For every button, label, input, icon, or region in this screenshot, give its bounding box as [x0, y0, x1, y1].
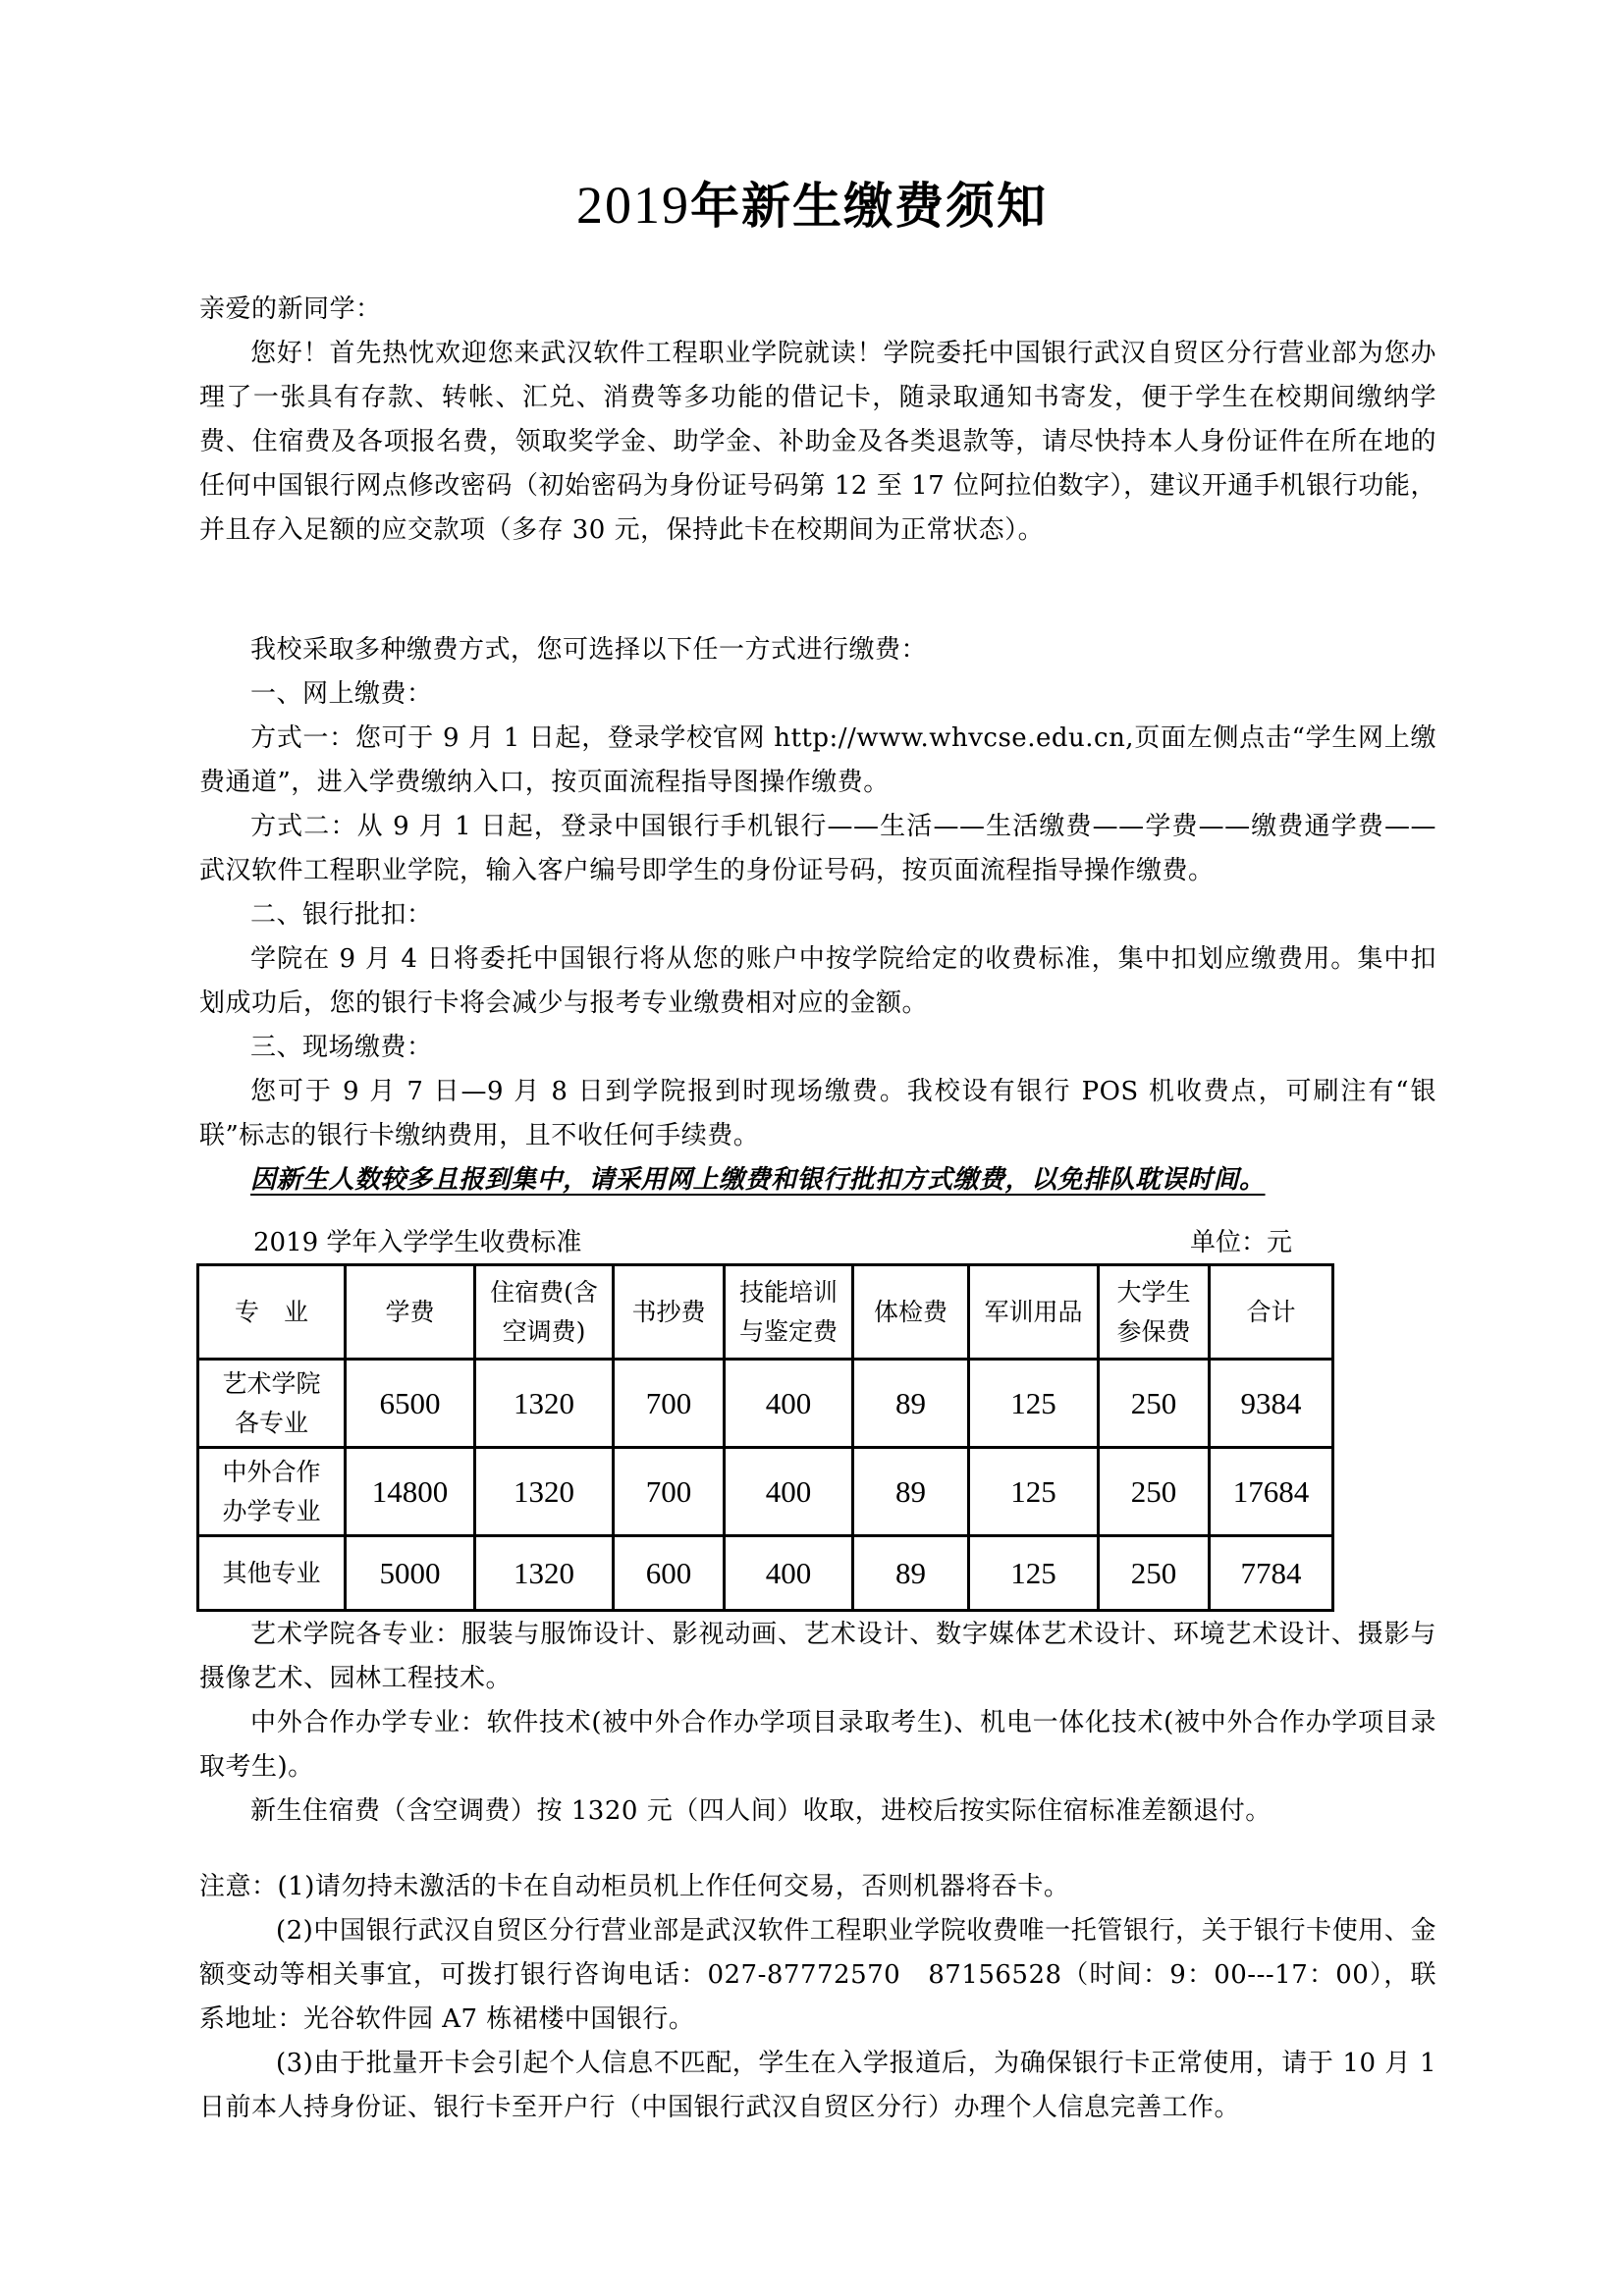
table-caption: 2019 学年入学学生收费标准: [253, 1222, 581, 1258]
title-year: 2019: [576, 176, 690, 235]
payment-methods: 我校采取多种缴费方式，您可选择以下任一方式进行缴费： 一、网上缴费： 方式一：您…: [199, 628, 1436, 1202]
attention-item-3: (3)由于批量开卡会引起个人信息不匹配，学生在入学报道后，为确保银行卡正常使用，…: [199, 2042, 1436, 2130]
cell-total: 17684: [1210, 1448, 1333, 1536]
table-header-row: 专 业 学费 住宿费(含空调费) 书抄费 技能培训与鉴定费 体检费 军训用品 大…: [198, 1265, 1333, 1360]
warning-text: 因新生人数较多且报到集中，请采用网上缴费和银行批扣方式缴费，以免排队耽误时间。: [250, 1165, 1266, 1195]
header-physical-exam: 体检费: [853, 1265, 969, 1360]
row-major: 艺术学院各专业: [198, 1360, 346, 1448]
table-row: 其他专业 5000 1320 600 400 89 125 250 7784: [198, 1536, 1333, 1611]
header-military-supplies: 军训用品: [969, 1265, 1099, 1360]
cell-physical-exam: 89: [853, 1360, 969, 1448]
letter-body: 亲爱的新同学： 您好！首先热忱欢迎您来武汉软件工程职业学院就读！学院委托中国银行…: [199, 288, 1436, 553]
cell-insurance: 250: [1099, 1536, 1210, 1611]
row-major: 其他专业: [198, 1536, 346, 1611]
row-major: 中外合作办学专业: [198, 1448, 346, 1536]
cell-total: 9384: [1210, 1360, 1333, 1448]
section-heading-onsite: 三、现场缴费：: [199, 1026, 1436, 1070]
cell-total: 7784: [1210, 1536, 1333, 1611]
online-method-2: 方式二：从 9 月 1 日起，登录中国银行手机银行——生活——生活缴费——学费—…: [199, 805, 1436, 893]
cell-books: 600: [614, 1536, 725, 1611]
cell-tuition: 6500: [346, 1360, 475, 1448]
note-art-majors: 艺术学院各专业：服装与服饰设计、影视动画、艺术设计、数字媒体艺术设计、环境艺术设…: [199, 1613, 1436, 1701]
cell-physical-exam: 89: [853, 1536, 969, 1611]
title-text: 年新生缴费须知: [690, 177, 1048, 235]
cell-accommodation: 1320: [475, 1360, 614, 1448]
cell-military-supplies: 125: [969, 1360, 1099, 1448]
cell-military-supplies: 125: [969, 1536, 1099, 1611]
document-page: 2019年新生缴费须知 亲爱的新同学： 您好！首先热忱欢迎您来武汉软件工程职业学…: [0, 0, 1624, 2296]
header-major: 专 业: [198, 1265, 346, 1360]
header-skill-training: 技能培训与鉴定费: [725, 1265, 853, 1360]
cell-skill-training: 400: [725, 1448, 853, 1536]
methods-intro: 我校采取多种缴费方式，您可选择以下任一方式进行缴费：: [199, 628, 1436, 672]
note-joint-programs: 中外合作办学专业：软件技术(被中外合作办学项目录取考生)、机电一体化技术(被中外…: [199, 1701, 1436, 1789]
online-method-1: 方式一：您可于 9 月 1 日起，登录学校官网 http://www.whvcs…: [199, 717, 1436, 805]
cell-insurance: 250: [1099, 1360, 1210, 1448]
cell-books: 700: [614, 1360, 725, 1448]
section-heading-online: 一、网上缴费：: [199, 672, 1436, 717]
header-accommodation: 住宿费(含空调费): [475, 1265, 614, 1360]
attention-item-1: 注意：(1)请勿持未激活的卡在自动柜员机上作任何交易，否则机器将吞卡。: [199, 1865, 1436, 1909]
header-total: 合计: [1210, 1265, 1333, 1360]
fee-table: 专 业 学费 住宿费(含空调费) 书抄费 技能培训与鉴定费 体检费 军训用品 大…: [196, 1263, 1334, 1612]
cell-accommodation: 1320: [475, 1448, 614, 1536]
greeting: 亲爱的新同学：: [199, 288, 1436, 332]
attention-item-2: (2)中国银行武汉自贸区分行营业部是武汉软件工程职业学院收费唯一托管银行，关于银…: [199, 1909, 1436, 2042]
header-tuition: 学费: [346, 1265, 475, 1360]
cell-accommodation: 1320: [475, 1536, 614, 1611]
table-unit: 单位：元: [1190, 1222, 1292, 1258]
note-accommodation: 新生住宿费（含空调费）按 1320 元（四人间）收取，进校后按实际住宿标准差额退…: [199, 1789, 1436, 1834]
table-notes: 艺术学院各专业：服装与服饰设计、影视动画、艺术设计、数字媒体艺术设计、环境艺术设…: [199, 1613, 1436, 1834]
header-books: 书抄费: [614, 1265, 725, 1360]
onsite-payment-text: 您可于 9 月 7 日—9 月 8 日到学院报到时现场缴费。我校设有银行 POS…: [199, 1070, 1436, 1158]
cell-skill-training: 400: [725, 1536, 853, 1611]
table-row: 中外合作办学专业 14800 1320 700 400 89 125 250 1…: [198, 1448, 1333, 1536]
attention-label: 注意：: [199, 1872, 278, 1901]
header-insurance: 大学生参保费: [1099, 1265, 1210, 1360]
cell-insurance: 250: [1099, 1448, 1210, 1536]
cell-tuition: 14800: [346, 1448, 475, 1536]
cell-tuition: 5000: [346, 1536, 475, 1611]
table-row: 艺术学院各专业 6500 1320 700 400 89 125 250 938…: [198, 1360, 1333, 1448]
section-heading-bank: 二、银行批扣：: [199, 893, 1436, 937]
bank-deduction-text: 学院在 9 月 4 日将委托中国银行将从您的账户中按学院给定的收费标准，集中扣划…: [199, 937, 1436, 1026]
cell-physical-exam: 89: [853, 1448, 969, 1536]
page-title: 2019年新生缴费须知: [0, 167, 1624, 238]
cell-books: 700: [614, 1448, 725, 1536]
attention-section: 注意：(1)请勿持未激活的卡在自动柜员机上作任何交易，否则机器将吞卡。 (2)中…: [199, 1865, 1436, 2130]
cell-skill-training: 400: [725, 1360, 853, 1448]
cell-military-supplies: 125: [969, 1448, 1099, 1536]
intro-paragraph: 您好！首先热忱欢迎您来武汉软件工程职业学院就读！学院委托中国银行武汉自贸区分行营…: [199, 332, 1436, 553]
